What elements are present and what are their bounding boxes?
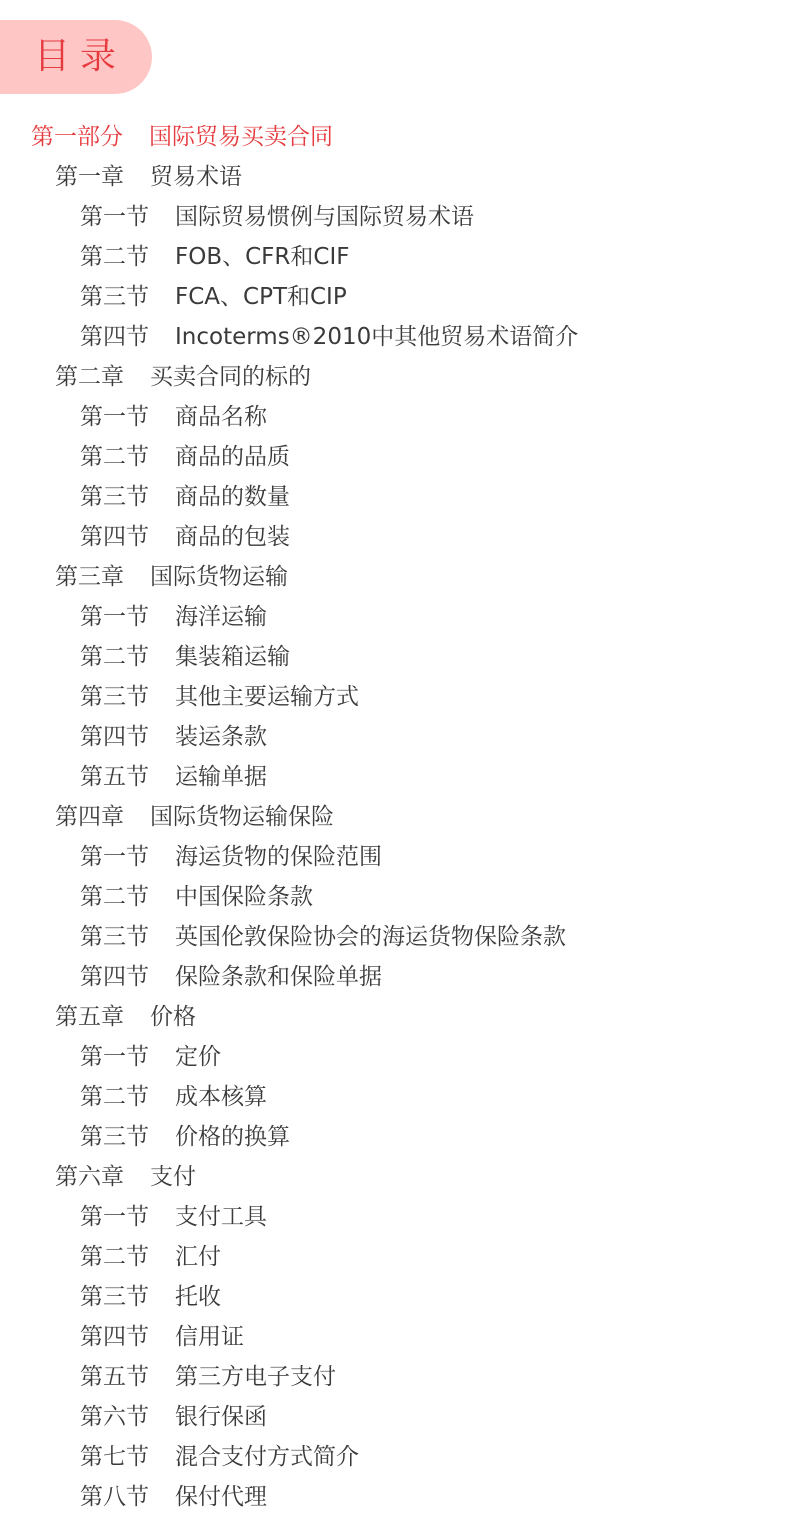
toc-entry-number: 第七节 bbox=[80, 1437, 149, 1477]
toc-section-entry[interactable]: 第四节Incoterms®2010中其他贸易术语简介 bbox=[0, 317, 790, 357]
toc-chapter-entry[interactable]: 第六章支付 bbox=[0, 1157, 790, 1197]
toc-entry-number: 第二节 bbox=[80, 1077, 149, 1117]
toc-section-entry[interactable]: 第二节中国保险条款 bbox=[0, 877, 790, 917]
toc-entry-number: 第二节 bbox=[80, 1237, 149, 1277]
toc-entry-number: 第三章 bbox=[55, 557, 124, 597]
toc-entry-number: 第六节 bbox=[80, 1397, 149, 1437]
toc-section-entry[interactable]: 第三节FCA、CPT和CIP bbox=[0, 277, 790, 317]
toc-entry-title: FCA、CPT和CIP bbox=[175, 284, 347, 310]
toc-entry-number: 第一部分 bbox=[31, 117, 123, 157]
toc-entry-title: 托收 bbox=[175, 1284, 221, 1310]
toc-entry-number: 第四节 bbox=[80, 317, 149, 357]
toc-section-entry[interactable]: 第六节银行保函 bbox=[0, 1397, 790, 1437]
toc-entry-number: 第二节 bbox=[80, 877, 149, 917]
toc-entry-number: 第二节 bbox=[80, 237, 149, 277]
toc-section-entry[interactable]: 第二节商品的品质 bbox=[0, 437, 790, 477]
toc-entry-title: 第三方电子支付 bbox=[175, 1364, 336, 1390]
toc-section-entry[interactable]: 第三节英国伦敦保险协会的海运货物保险条款 bbox=[0, 917, 790, 957]
toc-section-entry[interactable]: 第四节保险条款和保险单据 bbox=[0, 957, 790, 997]
toc-entry-title: 价格的换算 bbox=[175, 1124, 290, 1150]
toc-chapter-entry[interactable]: 第五章价格 bbox=[0, 997, 790, 1037]
toc-entry-title: 信用证 bbox=[175, 1324, 244, 1350]
toc-section-entry[interactable]: 第五节第三方电子支付 bbox=[0, 1357, 790, 1397]
toc-entry-title: 贸易术语 bbox=[150, 164, 242, 190]
toc-entry-title: 商品的品质 bbox=[175, 444, 290, 470]
toc-section-entry[interactable]: 第二节FOB、CFR和CIF bbox=[0, 237, 790, 277]
toc-section-entry[interactable]: 第三节价格的换算 bbox=[0, 1117, 790, 1157]
toc-section-entry[interactable]: 第八节保付代理 bbox=[0, 1477, 790, 1517]
toc-entry-number: 第四节 bbox=[80, 717, 149, 757]
toc-section-entry[interactable]: 第一节定价 bbox=[0, 1037, 790, 1077]
table-of-contents: 第一部分国际贸易买卖合同第一章贸易术语第一节国际贸易惯例与国际贸易术语第二节FO… bbox=[0, 117, 790, 1517]
toc-entry-title: 银行保函 bbox=[175, 1404, 267, 1430]
toc-entry-number: 第一章 bbox=[55, 157, 124, 197]
toc-section-entry[interactable]: 第一节国际贸易惯例与国际贸易术语 bbox=[0, 197, 790, 237]
toc-section-entry[interactable]: 第一节海运货物的保险范围 bbox=[0, 837, 790, 877]
toc-entry-title: 商品的数量 bbox=[175, 484, 290, 510]
toc-chapter-entry[interactable]: 第二章买卖合同的标的 bbox=[0, 357, 790, 397]
toc-section-entry[interactable]: 第三节其他主要运输方式 bbox=[0, 677, 790, 717]
toc-entry-number: 第四节 bbox=[80, 1317, 149, 1357]
toc-entry-title: 保险条款和保险单据 bbox=[175, 964, 382, 990]
toc-chapter-entry[interactable]: 第四章国际货物运输保险 bbox=[0, 797, 790, 837]
toc-entry-number: 第六章 bbox=[55, 1157, 124, 1197]
toc-entry-title: 定价 bbox=[175, 1044, 221, 1070]
toc-entry-number: 第一节 bbox=[80, 1037, 149, 1077]
toc-entry-title: 商品名称 bbox=[175, 404, 267, 430]
toc-entry-title: 其他主要运输方式 bbox=[175, 684, 359, 710]
toc-entry-number: 第一节 bbox=[80, 837, 149, 877]
toc-entry-title: 汇付 bbox=[175, 1244, 221, 1270]
toc-entry-title: 中国保险条款 bbox=[175, 884, 313, 910]
toc-section-entry[interactable]: 第三节托收 bbox=[0, 1277, 790, 1317]
toc-entry-title: FOB、CFR和CIF bbox=[175, 244, 349, 270]
toc-entry-number: 第二节 bbox=[80, 437, 149, 477]
toc-entry-title: 国际货物运输 bbox=[150, 564, 288, 590]
toc-section-entry[interactable]: 第一节海洋运输 bbox=[0, 597, 790, 637]
toc-entry-title: 国际贸易惯例与国际贸易术语 bbox=[175, 204, 474, 230]
toc-entry-number: 第四章 bbox=[55, 797, 124, 837]
toc-entry-number: 第五节 bbox=[80, 1357, 149, 1397]
toc-entry-number: 第八节 bbox=[80, 1477, 149, 1517]
toc-entry-title: 海运货物的保险范围 bbox=[175, 844, 382, 870]
toc-entry-number: 第五章 bbox=[55, 997, 124, 1037]
toc-section-entry[interactable]: 第七节混合支付方式简介 bbox=[0, 1437, 790, 1477]
toc-entry-title: 英国伦敦保险协会的海运货物保险条款 bbox=[175, 924, 566, 950]
toc-section-entry[interactable]: 第一节商品名称 bbox=[0, 397, 790, 437]
toc-entry-number: 第一节 bbox=[80, 597, 149, 637]
toc-entry-title: 价格 bbox=[150, 1004, 196, 1030]
toc-title: 目录 bbox=[34, 20, 126, 94]
toc-section-entry[interactable]: 第四节装运条款 bbox=[0, 717, 790, 757]
toc-part-entry[interactable]: 第一部分国际贸易买卖合同 bbox=[0, 117, 790, 157]
toc-entry-number: 第三节 bbox=[80, 677, 149, 717]
toc-entry-title: 国际贸易买卖合同 bbox=[149, 124, 333, 150]
toc-entry-title: 支付工具 bbox=[175, 1204, 267, 1230]
toc-entry-title: Incoterms®2010中其他贸易术语简介 bbox=[175, 324, 578, 350]
toc-entry-title: 成本核算 bbox=[175, 1084, 267, 1110]
toc-entry-title: 买卖合同的标的 bbox=[150, 364, 311, 390]
toc-entry-number: 第五节 bbox=[80, 757, 149, 797]
toc-section-entry[interactable]: 第二节集装箱运输 bbox=[0, 637, 790, 677]
toc-section-entry[interactable]: 第二节成本核算 bbox=[0, 1077, 790, 1117]
toc-entry-number: 第一节 bbox=[80, 397, 149, 437]
toc-entry-title: 运输单据 bbox=[175, 764, 267, 790]
toc-entry-number: 第三节 bbox=[80, 1117, 149, 1157]
toc-entry-title: 集装箱运输 bbox=[175, 644, 290, 670]
toc-entry-number: 第四节 bbox=[80, 957, 149, 997]
toc-entry-number: 第一节 bbox=[80, 1197, 149, 1237]
toc-section-entry[interactable]: 第四节商品的包装 bbox=[0, 517, 790, 557]
toc-section-entry[interactable]: 第二节汇付 bbox=[0, 1237, 790, 1277]
toc-entry-title: 国际货物运输保险 bbox=[150, 804, 334, 830]
toc-entry-number: 第三节 bbox=[80, 277, 149, 317]
toc-entry-number: 第二节 bbox=[80, 637, 149, 677]
toc-entry-number: 第三节 bbox=[80, 477, 149, 517]
toc-entry-number: 第一节 bbox=[80, 197, 149, 237]
toc-section-entry[interactable]: 第一节支付工具 bbox=[0, 1197, 790, 1237]
toc-entry-number: 第三节 bbox=[80, 917, 149, 957]
toc-section-entry[interactable]: 第五节运输单据 bbox=[0, 757, 790, 797]
toc-entry-title: 保付代理 bbox=[175, 1484, 267, 1510]
toc-chapter-entry[interactable]: 第一章贸易术语 bbox=[0, 157, 790, 197]
toc-entry-number: 第三节 bbox=[80, 1277, 149, 1317]
toc-entry-title: 海洋运输 bbox=[175, 604, 267, 630]
toc-chapter-entry[interactable]: 第三章国际货物运输 bbox=[0, 557, 790, 597]
toc-entry-number: 第二章 bbox=[55, 357, 124, 397]
toc-entry-title: 装运条款 bbox=[175, 724, 267, 750]
toc-section-entry[interactable]: 第三节商品的数量 bbox=[0, 477, 790, 517]
toc-entry-title: 支付 bbox=[150, 1164, 196, 1190]
toc-section-entry[interactable]: 第四节信用证 bbox=[0, 1317, 790, 1357]
toc-entry-number: 第四节 bbox=[80, 517, 149, 557]
toc-entry-title: 混合支付方式简介 bbox=[175, 1444, 359, 1470]
toc-entry-title: 商品的包装 bbox=[175, 524, 290, 550]
